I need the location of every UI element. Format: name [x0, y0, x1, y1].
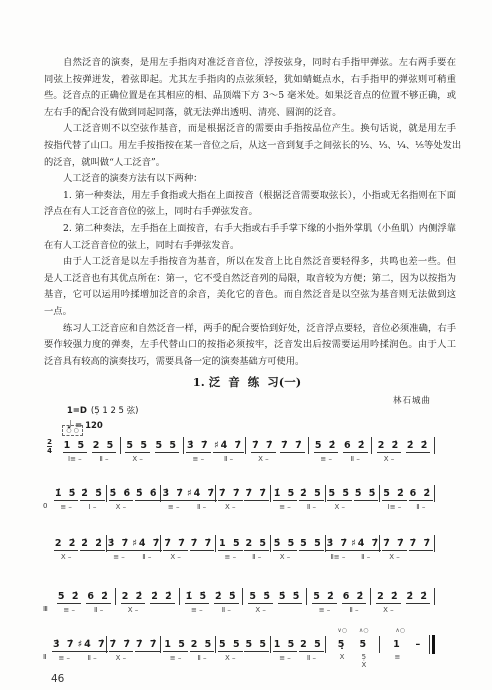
note-group: ♯4̇ 7̇Ⅱ – [350, 538, 381, 561]
note-group: 7̇ 7̇ [190, 538, 215, 553]
measure: 3̇ 7̇≡ –♯4̇ 7̇Ⅱ – [107, 538, 162, 572]
note-group: 1 5≡ – [163, 639, 188, 662]
measure: 5 5̇X –5̇ 5̇ [326, 488, 381, 522]
fingering-mark: Ⅱ – [197, 503, 206, 511]
notes: 6 2̇ [409, 488, 434, 501]
notes: 7̇ 7̇ [109, 639, 134, 652]
text-line: 些。泛音点的正确位置是在其相应的相、品顶端下方 3～5 毫米处。如果泛音点的位置… [44, 88, 456, 105]
note-group: 2 5Ⅱ – [190, 639, 215, 662]
notes: 7̇ 7̇ [251, 440, 276, 453]
notes: 7̇ 7̇ [382, 538, 407, 551]
note-group: 7̇ 7̇ [280, 440, 305, 455]
note-group: 1 5≡ – [273, 639, 298, 662]
notes: 2̇ 5̇ [80, 488, 105, 501]
note-group: ♯4̇ 7̇Ⅱ – [131, 538, 162, 561]
notes: 1 5 [273, 639, 298, 652]
note-group: 6 2̇Ⅱ – [342, 591, 367, 614]
measure: 7̇ 7̇X –7̇ 7̇ [161, 538, 216, 572]
body-text: 自然泛音的演奏，是用左手指肉对准泛音音位，浮按弦身，同时右手指甲弹弦。左右两手要… [44, 55, 456, 370]
notes: – [415, 639, 424, 651]
note-group: 3̇ 7̇≡ – [107, 538, 132, 561]
score-row: 1 5Ⅰ≡ –2 5Ⅱ –5 5X –5 53̇ 7̇≡ –♯4̇ 7̇Ⅱ –7… [58, 440, 435, 474]
notes: 2̇ 2̇ [150, 591, 175, 604]
measure: 5 5X –5 5 [216, 639, 271, 673]
fingering-mark: X – [116, 503, 127, 511]
fingering-mark: X – [334, 503, 345, 511]
notes: 5 5 [125, 440, 150, 453]
fingering-mark: Ⅱ – [307, 654, 316, 662]
measure: 1̇ 5̇≡ –2̇ 5̇Ⅱ – [180, 591, 244, 625]
measure: 1̇ 5≡ –2̇ 5Ⅱ – [271, 488, 326, 522]
fingering-mark: Ⅱ – [94, 606, 103, 614]
notes: ♯4̇ 7̇ [213, 440, 244, 453]
fingering-mark: ≡ – [279, 654, 291, 662]
text-line: 是人工泛音也有其优点所在：第一，它不受自然泛音列的局限，取音较为方便；第二，因为… [44, 271, 456, 288]
notes: 5 5 [218, 639, 243, 652]
note-group: – [415, 639, 424, 653]
note-group: 1̇ 5≡ – [273, 488, 298, 511]
note-group: 3̇ 7̇≡ – [52, 639, 77, 662]
text-line: 在有人工泛音音位的弦上，同时右手弹弦发音。 [44, 238, 456, 255]
note-group: 5 5̇X – [248, 591, 273, 614]
measure: 2 2̇X –2̇ 2̇ [371, 591, 435, 625]
harmonic-mark-icon: ∧○ [359, 627, 369, 634]
notes: 1̇ 5̇ [54, 488, 79, 501]
measure: 5 2̇≡ –6 2̇Ⅱ – [309, 440, 372, 474]
measure: 5 2̇≡ –6 2̇Ⅱ – [307, 591, 371, 625]
note-group: 5 2̇≡ – [57, 591, 82, 614]
score-row: Ⅲ5 2̇≡ –6 2̇Ⅱ –2 2̇X –2̇ 2̇1̇ 5̇≡ –2̇ 5̇… [52, 591, 435, 625]
measure: 1 5Ⅰ≡ –2 5Ⅱ – [58, 440, 121, 474]
notes: 5 5 [244, 639, 269, 652]
note-group: ♯4̇ 7̇Ⅱ – [77, 639, 108, 662]
fingering-mark: ≡ – [58, 654, 70, 662]
note-group: 2̇ 2̇ [150, 591, 175, 606]
measure: 7̇ 7̇X –7̇ 7̇ [246, 440, 309, 474]
notes: 1 5 [63, 440, 88, 453]
fingering-mark: Ⅱ – [88, 654, 97, 662]
score-row: 2 2̇X –2̇ 2̇3̇ 7̇≡ –♯4̇ 7̇Ⅱ –7̇ 7̇X –7̇ … [52, 538, 435, 572]
string-marker: Ⅱ [43, 653, 46, 661]
notes: 5 [359, 639, 370, 651]
exercise-title: 1. 泛 音 练 习(一) [0, 374, 492, 390]
note-group: 2̇ 5̇Ⅱ – [214, 591, 239, 614]
note-group: 1̇ 5̇≡ – [54, 488, 79, 511]
note-group: 7̇ 7̇ [135, 639, 160, 654]
note-group: 5̇ 6̇X – [109, 488, 134, 511]
measure: 2 2̇X –2̇ 2̇ [372, 440, 435, 474]
fingering-mark: X – [383, 606, 394, 614]
measure: 3̇ 7̇Ⅱ≡ –♯4̇ 7̇Ⅱ – [326, 538, 381, 572]
note-group: 5 5 [244, 639, 269, 654]
fingering-mark: X – [384, 455, 395, 463]
fingering-mark: ≡ – [225, 553, 237, 561]
text-line: 由于人工泛音是以左手指按音为基音，所以在发音上比自然泛音要轻得多，共鸣也差一些。… [44, 254, 456, 271]
note-group: 5 5X – [125, 440, 150, 463]
note-group: ♯4̇ 7̇Ⅱ – [213, 440, 244, 463]
note-group: 3̇ 7̇≡ – [161, 488, 186, 511]
fingering-mark: ≡ – [168, 503, 180, 511]
notes: 5 2̇ [382, 488, 407, 501]
note-group: 3̇ 7̇≡ – [186, 440, 211, 463]
fingering-mark: ≡ – [60, 503, 72, 511]
notes: 2 5 [244, 538, 269, 551]
text-line: 要作较强力度的弹奏，左手代替山口的按指必须按牢，泛音发出后按需要运用吟揉润色。由… [44, 337, 456, 354]
fingering-mark: X – [389, 553, 400, 561]
notes: ♯4̇ 7̇ [77, 639, 108, 652]
fingering-mark: ≡ – [320, 455, 332, 463]
notes: 7̇ 7̇ [163, 538, 188, 551]
note-group: 5 5 [299, 538, 324, 553]
notes: 2 2̇ [376, 591, 401, 604]
composer-credit: 林石城曲 [393, 394, 431, 406]
text-line: 左右手的配合没有做到同起同落，就无法弹出透明、清亮、圆润的泛音。 [44, 105, 456, 122]
note-group: 2 5Ⅱ – [299, 639, 324, 662]
fingering-mark: Ⅱ – [224, 455, 233, 463]
text-line: 的泛音，就叫做“人工泛音”。 [44, 155, 456, 172]
notes: 3̇ 7̇ [186, 440, 211, 453]
text-line: 人工泛音的演奏方法有以下两种： [44, 171, 456, 188]
notes: 5 5 [299, 538, 324, 551]
measure: 5 5̇X –5̇ 5̇ [243, 591, 307, 625]
fingering-mark: Ⅱ – [351, 455, 360, 463]
notes: 5̇ 6̇ [109, 488, 134, 501]
note-group: 5 5 [155, 440, 180, 455]
text-line: 练习人工泛音应和自然泛音一样，两手的配合要恰到好处，泛音浮点要轻，音位必须准确，… [44, 321, 456, 338]
notes: 5 2̇ [312, 591, 337, 604]
fingering-mark: 5̣ X [361, 653, 366, 669]
notes: 5 5 [155, 440, 180, 453]
notes: 5 5̇ [327, 488, 352, 501]
fingering-mark: Ⅱ – [222, 606, 231, 614]
measure: ∨○∧○5̣X55̣ X [326, 639, 381, 673]
note-group: 6 2̇Ⅱ – [86, 591, 111, 614]
notes: 1̇ 5 [273, 488, 298, 501]
fingering-mark: Ⅱ – [99, 455, 108, 463]
string-marker: Ⅲ [43, 605, 48, 613]
notes: 5̇ 5 [273, 538, 298, 551]
note-group: 6 2̇Ⅱ – [343, 440, 368, 463]
notes: 5̇ 6̇ [135, 488, 160, 501]
note-group: 7̇ 7̇X – [218, 488, 243, 511]
note-group: 1̇ 5̇≡ – [185, 591, 210, 614]
note-group: 5̇ 5X – [273, 538, 298, 561]
notes: 5̇ 5̇ [278, 591, 303, 604]
note-group: 2 2̇X – [376, 591, 401, 614]
note-group: 7̇ 7̇X – [163, 538, 188, 561]
fingering-mark: ≡ – [170, 654, 182, 662]
measure: 3̇ 7̇≡ –♯4̇ 7̇Ⅱ – [161, 488, 216, 522]
note-group: 7̇ 7̇X – [251, 440, 276, 463]
note-group: 2̇ 2̇ [406, 591, 431, 606]
note-group: 2̇ 2̇ [406, 440, 431, 455]
final-measure: ∧○1≡– [380, 639, 435, 673]
fingering-mark: Ⅱ – [197, 654, 206, 662]
note-group: 2 2̇X – [121, 591, 146, 614]
notes: 7̇ 7̇ [135, 639, 160, 652]
note-group: 1 5Ⅰ≡ – [63, 440, 88, 463]
note-group: 5 2̇≡ – [312, 591, 337, 614]
measure: 5̇ 6̇X –5̇ 6̇ [107, 488, 162, 522]
fingering-mark: Ⅱ – [361, 553, 370, 561]
fingering-mark: Ⅰ≡ – [388, 503, 402, 511]
text-line: 自然泛音的演奏，是用左手指肉对准泛音音位，浮按弦身，同时右手指甲弹弦。左右两手要… [44, 55, 456, 72]
measure: 1 5≡ –2 5Ⅱ – [271, 639, 326, 673]
notes: 2̇ 2̇ [406, 440, 431, 453]
note-group: 2 5Ⅱ – [92, 440, 117, 463]
notes: ♯4̇ 7̇ [186, 488, 217, 501]
measure: 1 5≡ –2 5Ⅱ – [161, 639, 216, 673]
harmonic-mark-icon: ∧○ [395, 627, 405, 634]
note-group: 5 2̇Ⅰ≡ – [382, 488, 407, 511]
text-line: 按指代替了山口。用左手按指按在某一音位之后，从这一音到复手之间弦长的½、⅓、¼、… [44, 138, 456, 155]
harmonic-marks: ∨○∧○ [326, 627, 381, 634]
fingering-mark: X – [128, 606, 139, 614]
notes: 2̇ 2̇ [80, 538, 105, 551]
note-group: 5 2̇≡ – [314, 440, 339, 463]
note-group: 5̇ 5̇ [278, 591, 303, 606]
notes: 1 [392, 639, 403, 651]
text-line: 浮点在有人工泛音音位的弦上，同时右手弹弦发音。 [44, 204, 456, 221]
text-line: 1. 第一种奏法，用左手食指或大指在上面按音（根据泛音需要取弦长），小指或无名指… [44, 188, 456, 205]
measure: 7̇ 7̇X –7̇ 7̇ [216, 488, 271, 522]
note-group: 3̇ 7̇Ⅱ≡ – [326, 538, 351, 561]
notes: 1 5 [218, 538, 243, 551]
notes: 2 2̇ [54, 538, 79, 551]
note-group: 2 2̇X – [377, 440, 402, 463]
book-page: 自然泛音的演奏，是用左手指肉对准泛音音位，浮按弦身，同时右手指甲弹弦。左右两手要… [0, 0, 492, 690]
measure: 2 2̇X –2̇ 2̇ [116, 591, 180, 625]
measure: 2 2̇X –2̇ 2̇ [52, 538, 107, 572]
fingering-mark: Ⅱ – [349, 606, 358, 614]
score-row: 01̇ 5̇≡ –2̇ 5̇Ⅰ –5̇ 6̇X –5̇ 6̇3̇ 7̇≡ –♯4… [52, 488, 435, 522]
text-line: 人工泛音则不以空弦作基音，而是根据泛音的需要由手指按品位产生。换句话说，就是用左… [44, 121, 456, 138]
measure: 7̇ 7̇X –7̇ 7̇ [380, 538, 435, 572]
note-group: 55̣ X [359, 639, 370, 669]
fingering-mark: X – [170, 553, 181, 561]
measure: 3̇ 7̇≡ –♯4̇ 7̇Ⅱ – [52, 639, 107, 673]
measure: 1 5≡ –2 5Ⅱ – [216, 538, 271, 572]
score-row: Ⅱ3̇ 7̇≡ –♯4̇ 7̇Ⅱ –7̇ 7̇X –7̇ 7̇1 5≡ –2 5… [52, 639, 435, 673]
note-group: 5 5X – [218, 639, 243, 662]
notes: 2̇ 2̇ [406, 591, 431, 604]
fingering-mark: X – [225, 503, 236, 511]
fingering-mark: X [340, 653, 345, 661]
time-signature-top: 2 [47, 438, 52, 447]
notes: 7̇ 7̇ [218, 488, 243, 501]
fingering-mark: Ⅰ – [89, 503, 97, 511]
fingering-mark: Ⅱ – [142, 553, 151, 561]
note-group: 5̣X [337, 639, 348, 661]
note-group: 2 2̇X – [54, 538, 79, 561]
note-group: 2̇ 5̇Ⅰ – [80, 488, 105, 511]
note-group: ♯4̇ 7̇Ⅱ – [186, 488, 217, 511]
notes: 6 2̇ [343, 440, 368, 453]
fingering-mark: Ⅱ – [252, 553, 261, 561]
note-group: 7̇ 7̇ [244, 488, 269, 503]
fingering-mark: X – [258, 455, 269, 463]
fingering-mark: X – [116, 654, 127, 662]
fingering-mark: ≡ – [191, 606, 203, 614]
time-signature-bottom: 4 [47, 447, 52, 455]
note-group: 2̇ 5Ⅱ – [299, 488, 324, 511]
note-group: 2 5Ⅱ – [244, 538, 269, 561]
measure: 5 2̇Ⅰ≡ –6 2̇Ⅱ – [380, 488, 435, 522]
notes: 1̇ 5̇ [185, 591, 210, 604]
measure: 5̇ 5X –5 5 [271, 538, 326, 572]
notes: 3̇ 7̇ [107, 538, 132, 551]
measure: 1̇ 5̇≡ –2̇ 5̇Ⅰ – [52, 488, 107, 522]
notes: 7̇ 7̇ [280, 440, 305, 453]
notes: 2 5 [299, 639, 324, 652]
notes: 5 2̇ [57, 591, 82, 604]
measure: 5 2̇≡ –6 2̇Ⅱ – [52, 591, 116, 625]
note-group: 6 2̇Ⅱ – [409, 488, 434, 511]
note-group: 1 5≡ – [218, 538, 243, 561]
notes: 2 2̇ [121, 591, 146, 604]
text-line: 泛音具有较高的演奏技巧，需要具备一定的演奏基础方可使用。 [44, 354, 456, 371]
fingering-mark: ≡ – [279, 503, 291, 511]
notes: 2 2̇ [377, 440, 402, 453]
text-line: 基音，它可以运用吟揉增加泛音的余音，美化它的音色。而自然泛音是以空弦为基音则无法… [44, 287, 456, 304]
fingering-mark: ≡ – [319, 606, 331, 614]
fingering-mark: X – [225, 654, 236, 662]
fingering-mark: Ⅱ – [416, 503, 425, 511]
note-group: 5 5̇X – [327, 488, 352, 511]
note-group: 7̇ 7̇X – [109, 639, 134, 662]
notes: ♯4̇ 7̇ [350, 538, 381, 551]
notes: 5 2̇ [314, 440, 339, 453]
notes: 2̇ 5 [299, 488, 324, 501]
fingering-mark: X – [132, 455, 143, 463]
notes: 6 2̇ [86, 591, 111, 604]
fingering-mark: ≡ – [193, 455, 205, 463]
notes: 7̇ 7̇ [244, 488, 269, 501]
notes: 5̣ [337, 639, 348, 651]
notes: 3̇ 7̇ [326, 538, 351, 551]
text-line: 同弦上按弹迸发，着弦即起。尤其左手指肉的点弦须轻，犹如蜻蜓点水，右手指甲的弹弦则… [44, 72, 456, 89]
notes: 7̇ 7̇ [190, 538, 215, 551]
notes: 1 5 [163, 639, 188, 652]
measure: 7̇ 7̇X –7̇ 7̇ [107, 639, 162, 673]
fingering-mark: ≡ [394, 653, 400, 661]
note-group: 1≡ [392, 639, 403, 661]
note-group: 5̇ 5̇ [354, 488, 379, 503]
notes: ♯4̇ 7̇ [131, 538, 162, 551]
harmonic-box-marker: ○ ○ [62, 425, 83, 436]
measure: 3̇ 7̇≡ –♯4̇ 7̇Ⅱ – [184, 440, 247, 474]
fingering-mark: X – [255, 606, 266, 614]
note-group: 7̇ 7̇ [409, 538, 434, 553]
notes: 3̇ 7̇ [52, 639, 77, 652]
harmonic-marks: ∧○ [380, 627, 435, 634]
notes: 5̇ 5̇ [354, 488, 379, 501]
harmonic-mark-icon: ∨○ [337, 627, 347, 634]
fingering-mark: ≡ – [113, 553, 125, 561]
notes: 3̇ 7̇ [161, 488, 186, 501]
notes: 2̇ 5̇ [214, 591, 239, 604]
fingering-mark: X – [280, 553, 291, 561]
fingering-mark: Ⅰ≡ – [68, 455, 82, 463]
notes: 7̇ 7̇ [409, 538, 434, 551]
fingering-mark: Ⅱ – [307, 503, 316, 511]
note-group: 5̇ 6̇ [135, 488, 160, 503]
note-group: 2̇ 2̇ [80, 538, 105, 553]
text-line: 一点。 [44, 304, 456, 321]
note-group: 7̇ 7̇X – [382, 538, 407, 561]
notes: 2 5 [92, 440, 117, 453]
text-line: 2. 第二种奏法，左手指在上面按音，右手大指或右手手掌下缘的小指外掌肌（小鱼肌）… [44, 221, 456, 238]
fingering-mark: ≡ – [63, 606, 75, 614]
string-marker: 0 [43, 502, 47, 510]
notes: 6 2̇ [342, 591, 367, 604]
fingering-mark: X – [61, 553, 72, 561]
notes: 2 5 [190, 639, 215, 652]
measure: 5 5X –5 5 [121, 440, 184, 474]
notes: 5 5̇ [248, 591, 273, 604]
page-number: 46 [51, 673, 64, 685]
fingering-mark: Ⅱ≡ – [330, 553, 345, 561]
time-signature: 2 4 [45, 438, 54, 455]
